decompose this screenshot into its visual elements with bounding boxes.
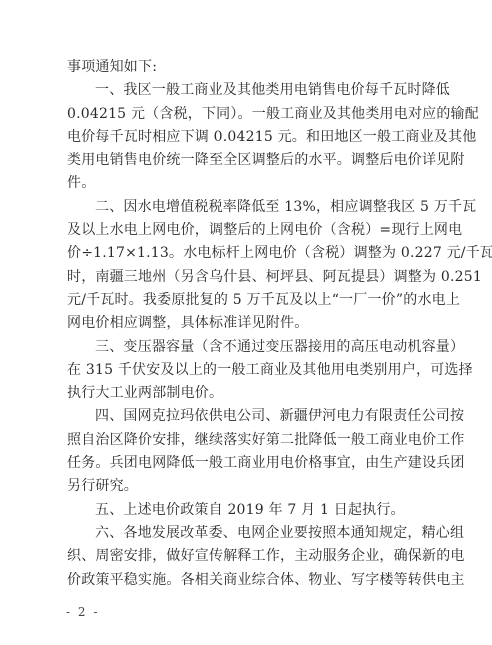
text-line: 二、因水电增值税税率降低至 13%，相应调整我区 5 万千瓦 xyxy=(67,196,427,219)
document-body: 事项通知如下:一、我区一般工商业及其他类用电销售电价每千瓦时降低0.04215 … xyxy=(67,56,427,592)
text-line: 0.04215 元（含税，下同）。一般工商业及其他类用电对应的输配 xyxy=(67,103,427,126)
text-line: 任务。兵团电网降低一般工商业用电价格事宜，由生产建设兵团 xyxy=(67,452,427,475)
text-line: 价政策平稳实施。各相关商业综合体、物业、写字楼等转供电主 xyxy=(67,569,427,592)
text-line: 四、国网克拉玛依供电公司、新疆伊河电力有限责任公司按 xyxy=(67,405,427,428)
text-line: 元/千瓦时。我委原批复的 5 万千瓦及以上“一厂一价”的水电上 xyxy=(67,289,427,312)
text-line: 网电价相应调整，具体标准详见附件。 xyxy=(67,312,427,335)
text-line: 件。 xyxy=(67,172,427,195)
text-line: 三、变压器容量（含不通过变压器接用的高压电动机容量） xyxy=(67,336,427,359)
text-line: 在 315 千伏安及以上的一般工商业及其他用电类别用户，可选择 xyxy=(67,359,427,382)
text-line: 一、我区一般工商业及其他类用电销售电价每千瓦时降低 xyxy=(67,79,427,102)
text-line: 执行大工业两部制电价。 xyxy=(67,382,427,405)
text-line: 织、周密安排，做好宣传解释工作，主动服务企业，确保新的电 xyxy=(67,545,427,568)
text-line: 类用电销售电价统一降至全区调整后的水平。调整后电价详见附 xyxy=(67,149,427,172)
text-line: 六、各地发展改革委、电网企业要按照本通知规定，精心组 xyxy=(67,522,427,545)
text-line: 照自治区降价安排，继续落实好第二批降低一般工商业电价工作 xyxy=(67,429,427,452)
document-page: 事项通知如下:一、我区一般工商业及其他类用电销售电价每千瓦时降低0.04215 … xyxy=(0,0,492,645)
text-line: 事项通知如下: xyxy=(67,56,427,79)
text-line: 时，南疆三地州（另含乌什县、柯坪县、阿瓦提县）调整为 0.251 xyxy=(67,266,427,289)
text-line: 另行研究。 xyxy=(67,475,427,498)
text-line: 电价每千瓦时相应下调 0.04215 元。和田地区一般工商业及其他 xyxy=(67,126,427,149)
text-line: 价÷1.17×1.13。水电标杆上网电价（含税）调整为 0.227 元/千瓦 xyxy=(67,242,427,265)
text-line: 及以上水电上网电价，调整后的上网电价（含税）=现行上网电 xyxy=(67,219,427,242)
text-line: 五、上述电价政策自 2019 年 7 月 1 日起执行。 xyxy=(67,499,427,522)
page-number: - 2 - xyxy=(66,605,99,619)
